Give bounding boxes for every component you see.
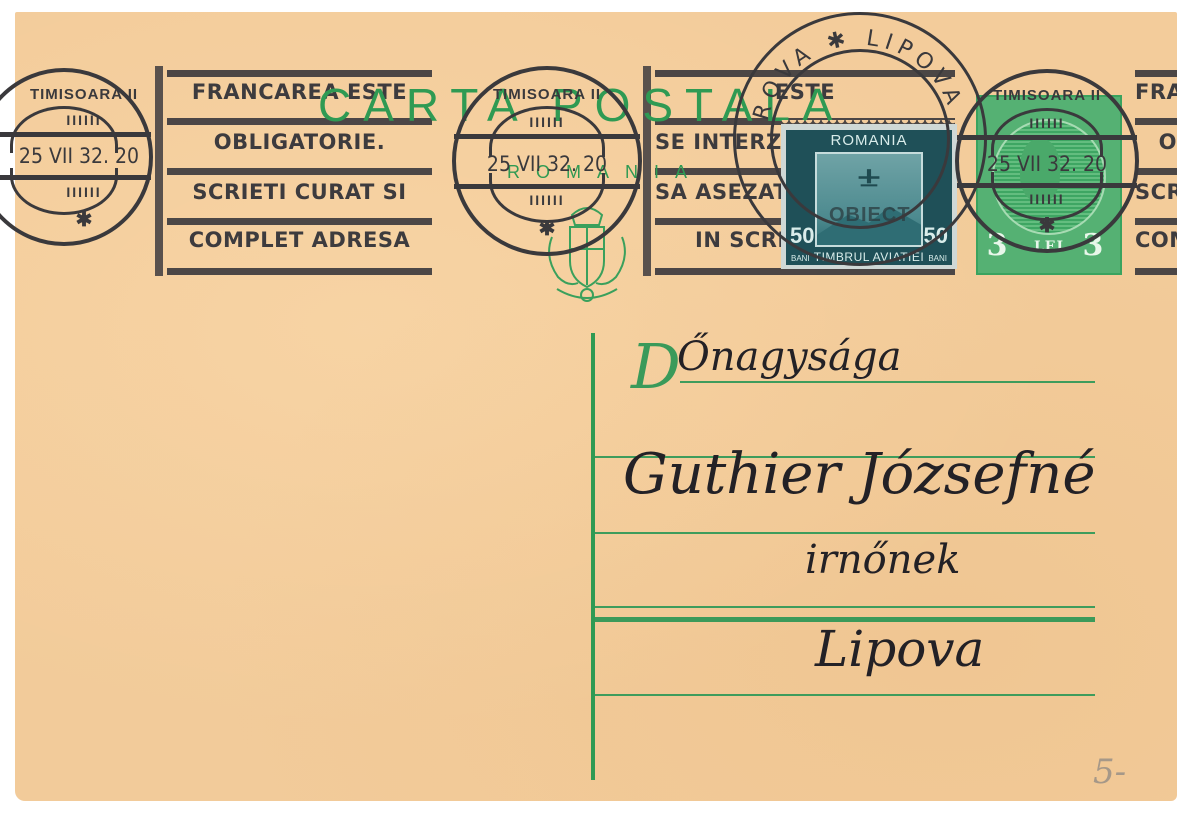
address-divider [591,333,595,780]
address-line-4 [595,606,1095,608]
postmark-star: ✱ [959,213,1135,238]
address-line-5 [595,694,1095,696]
postmark-date: 25 VII 32. 20 [0,144,149,168]
postmark-right: TIMISOARA II IIIIII 25 VII 32. 20 IIIIII… [955,69,1139,253]
postmark-ticks: IIIIII [959,191,1135,207]
slogan-line: COMPLET ADRESA [167,228,432,252]
svg-text:ROVA ✱ LIPOVA: ROVA ✱ LIPOVA [749,26,968,123]
pencil-note: 5- [1093,752,1126,792]
postmark-ticks: IIIIII [959,115,1135,131]
slogan-cancel-right: FRA O SCR COM [1135,70,1177,275]
handwritten-name: Guthier Józsefné [623,442,1095,507]
cancel-bar [167,218,432,225]
postmark-town: TIMISOARA II [959,87,1135,104]
handwritten-title: irnőnek [805,537,960,583]
slogan-line: SCRIETI CURAT SI [167,180,432,204]
cancel-bar [655,268,955,275]
postmark-ticks: IIIIII [0,184,149,200]
cancel-bar [167,168,432,175]
postmark-left: TIMISOARA II IIIIII 25 VII 32. 20 IIIIII… [0,68,153,246]
postcard: FRANCAREA ESTE OBLIGATORIE. SCRIETI CURA… [15,12,1177,801]
handwritten-city: Lipova [815,620,984,678]
postmark-ticks: IIIIII [0,112,149,128]
postmark-arc-text: ROVA ✱ LIPOVA [736,15,984,263]
cancel-bar [167,268,432,275]
handwritten-salutation: Őnagysága [677,334,901,380]
postmark-center: TIMISOARA II IIIIII 25 VII 32. 20 IIIIII… [452,66,642,256]
cancel-bar [1135,268,1177,275]
slogan-line: COM [1135,228,1177,252]
postmark-arrival: ROVA ✱ LIPOVA [733,12,987,266]
slogan-line: FRA [1135,80,1177,104]
postmark-town: TIMISOARA II [0,86,149,103]
cancel-bar [1135,70,1177,77]
postmark-ticks: IIIIII [456,192,638,208]
postmark-band [957,135,1137,140]
address-line-3 [595,532,1095,534]
postmark-band [0,132,151,137]
slogan-line: O [1135,130,1177,154]
cancel-bar [167,70,432,77]
postmark-ticks: IIIIII [456,114,638,130]
slogan-line: OBLIGATORIE. [167,130,432,154]
postmark-band [454,134,640,139]
slogan-line: SCR [1135,180,1177,204]
cancel-bar [1135,218,1177,225]
postmark-town: TIMISOARA II [456,86,638,103]
postmark-star: ✱ [0,207,149,232]
cancel-bar [1135,168,1177,175]
address-line-1 [680,381,1095,383]
postmark-star: ✱ [456,216,638,241]
cancel-vertical-bar [155,66,163,276]
salutation-initial: D [631,330,681,403]
cancel-bar [1135,118,1177,125]
